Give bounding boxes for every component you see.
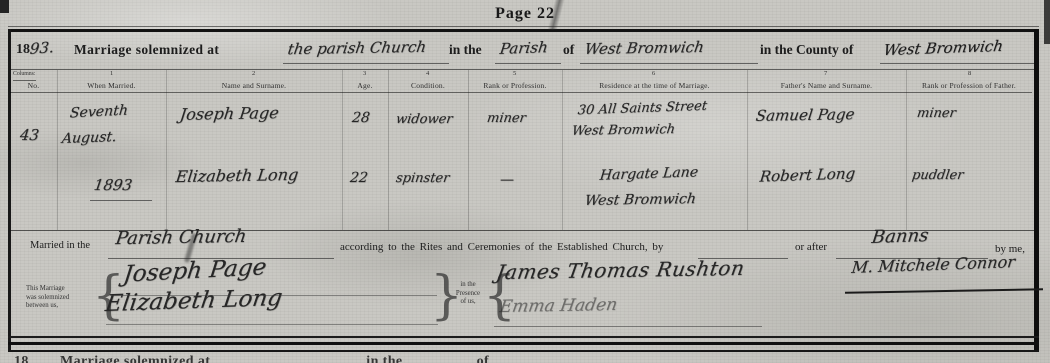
column-separator xyxy=(747,70,748,230)
bride-name: Elizabeth Long xyxy=(175,165,300,186)
bride-rank: — xyxy=(500,172,514,188)
groom-signature: Joseph Page xyxy=(122,254,268,287)
place-blank-rule xyxy=(283,63,449,64)
groom-residence-line2: West Bromwich xyxy=(571,122,676,139)
bottom-rule-2 xyxy=(8,342,1039,345)
solemnized-label-line1: This Marriage xyxy=(26,285,96,294)
officiant-underline xyxy=(845,288,1043,293)
box-top-thin-rule xyxy=(8,26,1039,27)
column-separator xyxy=(562,70,563,230)
rites-ceremonies-label: according to the Rites and Ceremonies of… xyxy=(340,241,663,253)
in-the-label: in the xyxy=(449,42,482,58)
entry-year-printed: 18 xyxy=(16,42,30,58)
when-married-underline xyxy=(90,200,152,201)
header-no: No. xyxy=(10,81,57,93)
header-when-married: When Married. xyxy=(57,81,166,93)
column-separator xyxy=(166,70,167,230)
box-top-rule xyxy=(8,29,1039,32)
district-blank-rule xyxy=(495,63,561,64)
solemnized-between-label: This Marriage was solemnized between us, xyxy=(26,285,96,311)
presence-label-line1: in the xyxy=(451,281,485,290)
column-number: 6 xyxy=(652,70,655,77)
column-separator xyxy=(388,70,389,230)
groom-father-rank: miner xyxy=(916,106,957,121)
groom-residence-line1: 30 All Saints Street xyxy=(577,99,708,118)
when-married-month: August. xyxy=(61,129,117,147)
parish-handwriting: West Bromwich xyxy=(584,38,706,58)
next-entry-partial-text: 18 Marriage solemnized at in the of xyxy=(14,354,489,363)
header-age: Age. xyxy=(342,81,388,93)
column-number: 4 xyxy=(426,70,429,77)
preamble-divider-rule xyxy=(10,69,1034,70)
column-separator xyxy=(57,70,58,230)
county-blank-rule xyxy=(880,63,1034,64)
column-number: 7 xyxy=(824,70,827,77)
column-number: 8 xyxy=(968,70,971,77)
column-separator xyxy=(468,70,469,230)
solemnized-place-handwriting: the parish Church xyxy=(287,38,428,58)
column-number: 2 xyxy=(252,70,255,77)
marriage-register-scan: Page 22 18 93. Marriage solemnized at th… xyxy=(0,0,1050,363)
bottom-rule-1 xyxy=(8,336,1039,338)
header-condition: Condition. xyxy=(388,81,468,93)
when-married-year: 1893 xyxy=(93,176,134,194)
header-father-rank: Rank or Profession of Father. xyxy=(906,81,1032,93)
header-rank: Rank or Profession. xyxy=(468,81,562,93)
bride-signature-line xyxy=(106,324,438,325)
married-in-place-handwriting: Parish Church xyxy=(114,226,247,249)
header-residence: Residence at the time of Marriage. xyxy=(562,81,747,93)
district-handwriting: Parish xyxy=(499,38,549,58)
bride-residence-line1: Hargate Lane xyxy=(599,164,699,183)
box-left-rule xyxy=(8,29,11,351)
groom-signature-line xyxy=(112,295,437,296)
parish-blank-rule xyxy=(580,63,758,64)
banns-handwriting: Banns xyxy=(871,225,930,248)
header-father-name: Father's Name and Surname. xyxy=(747,81,906,93)
entry-year-written: 93. xyxy=(29,38,54,58)
columns-note: Columns: xyxy=(13,70,36,81)
bride-residence-line2: West Bromwich xyxy=(584,191,697,209)
married-in-label: Married in the xyxy=(30,240,90,251)
officiant-signature: M. Mitchele Connor xyxy=(851,252,1016,277)
presence-label-line3: of us, xyxy=(451,298,485,307)
header-name-surname: Name and Surname. xyxy=(166,81,342,93)
or-after-label: or after xyxy=(795,241,827,253)
presence-label: in the Presence of us, xyxy=(451,281,485,307)
box-right-rule xyxy=(1034,29,1039,352)
witness2-signature-line xyxy=(494,326,762,327)
scan-edge-blot-left xyxy=(0,0,9,13)
bride-father-rank: puddler xyxy=(911,168,965,183)
witness-signature-2: Emma Haden xyxy=(498,295,619,317)
groom-age: 28 xyxy=(351,110,371,126)
groom-name: Joseph Page xyxy=(179,103,280,124)
of-label: of xyxy=(563,42,574,58)
bottom-rule-3 xyxy=(8,350,1039,352)
county-label: in the County of xyxy=(760,42,853,58)
groom-rank: miner xyxy=(486,111,527,126)
scan-edge-blot-right xyxy=(1044,0,1050,44)
when-married-day: Seventh xyxy=(69,103,128,122)
groom-father-name: Samuel Page xyxy=(755,105,856,125)
column-number: 5 xyxy=(513,70,516,77)
solemnized-label-line3: between us, xyxy=(26,302,96,311)
groom-condition: widower xyxy=(395,112,454,127)
column-separator xyxy=(342,70,343,230)
entry-number: 43 xyxy=(19,126,40,144)
presence-label-line2: Presence xyxy=(451,290,485,299)
bride-condition: spinster xyxy=(395,171,450,186)
county-handwriting: West Bromwich xyxy=(882,37,1004,59)
solemnized-at-label: Marriage solemnized at xyxy=(74,42,219,58)
bride-age: 22 xyxy=(349,170,369,186)
column-separator xyxy=(906,70,907,230)
solemnized-label-line2: was solemnized xyxy=(26,294,96,303)
witness-signature-1: James Thomas Rushton xyxy=(495,256,747,284)
column-number: 3 xyxy=(363,70,366,77)
column-number: 1 xyxy=(110,70,113,77)
bride-father-name: Robert Long xyxy=(759,164,856,185)
page-number: Page 22 xyxy=(0,5,1050,23)
bride-signature: Elizabeth Long xyxy=(104,285,284,317)
